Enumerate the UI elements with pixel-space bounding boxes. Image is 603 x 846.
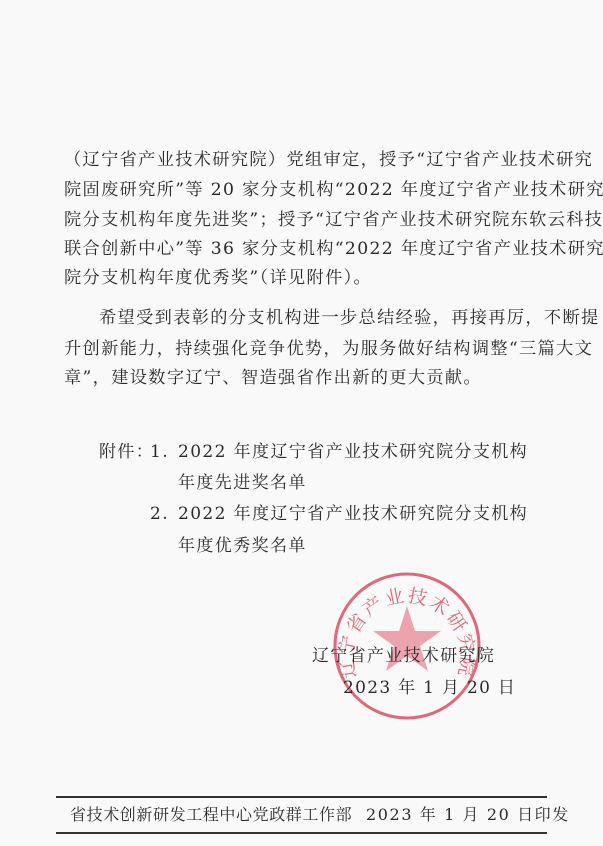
attachment-1-title: 2022 年度辽宁省产业技术研究院分支机构 (178, 442, 528, 462)
attachment-2-number: 2. (150, 504, 169, 524)
paragraph2-line-1: 希望受到表彰的分支机构进一步总结经验，再接再厉，不断提 (99, 308, 579, 328)
footer-bottom-rule (56, 832, 547, 834)
footer-top-rule (56, 796, 547, 798)
attachment-2-title: 2022 年度辽宁省产业技术研究院分支机构 (178, 504, 528, 524)
paragraph1-line-3: 院分支机构年度先进奖”；授予“辽宁省产业技术研究院东软云科技 (64, 210, 544, 230)
signing-date: 2023 年 1 月 20 日 (343, 678, 516, 698)
paragraph1-line-4: 联合创新中心”等 36 家分支机构“2022 年度辽宁省产业技术研究 (64, 239, 544, 259)
attachment-1-number: 1. (150, 442, 169, 462)
attachments-label: 附件： (99, 442, 154, 462)
paragraph1-line-1: （辽宁省产业技术研究院）党组审定，授予“辽宁省产业技术研究 (64, 150, 544, 170)
signing-organization: 辽宁省产业技术研究院 (312, 646, 495, 666)
paragraph1-line-5: 院分支机构年度优秀奖”（详见附件）。 (64, 268, 544, 288)
paragraph2-line-3: 章”，建设数字辽宁、智造强省作出新的更大贡献。 (64, 368, 544, 388)
attachment-1-title-cont: 年度先进奖名单 (178, 473, 307, 493)
paragraph1-line-2: 院固废研究所”等 20 家分支机构“2022 年度辽宁省产业技术研究 (64, 180, 544, 200)
paragraph2-line-2: 升创新能力，持续强化竞争优势，为服务做好结构调整“三篇大文 (64, 339, 544, 359)
footer-print-date: 2023 年 1 月 20 日印发 (366, 805, 570, 825)
footer-department: 省技术创新研发工程中心党政群工作部 (70, 805, 352, 825)
attachment-2-title-cont: 年度优秀奖名单 (178, 536, 307, 556)
document-page: （辽宁省产业技术研究院）党组审定，授予“辽宁省产业技术研究 院固废研究所”等 2… (0, 0, 603, 846)
